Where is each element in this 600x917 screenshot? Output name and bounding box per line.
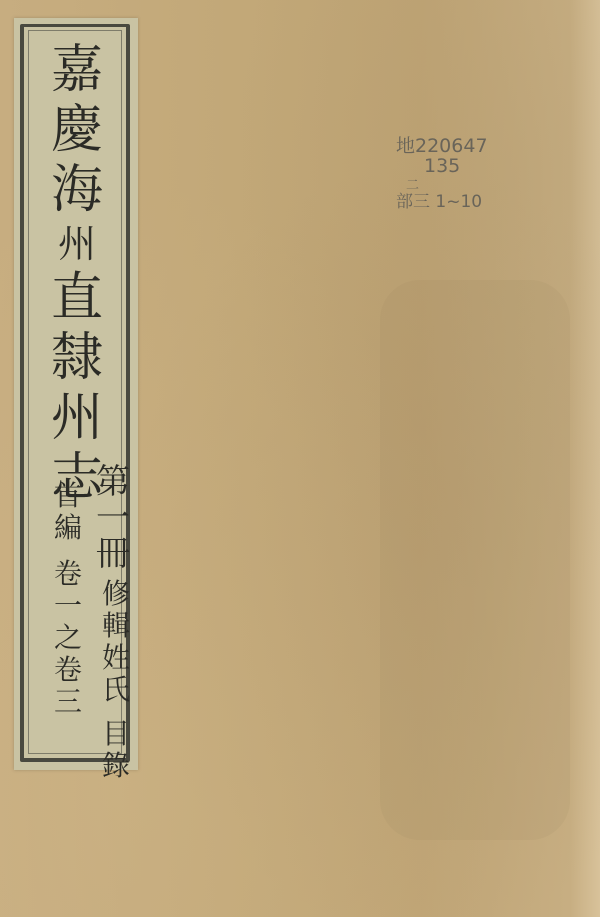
title-char: 州: [51, 388, 103, 448]
volume-char: 冊: [96, 536, 130, 572]
book-title: 嘉 慶 海 州 直 隸 州 志: [42, 40, 112, 508]
contents-char: 一: [54, 590, 82, 622]
contents-char: 之: [54, 622, 82, 654]
contents-char: 輯: [102, 610, 130, 642]
title-char: 慶: [51, 100, 103, 160]
call-number-line: 135: [396, 156, 488, 176]
contents-char: 目: [102, 718, 130, 750]
contents-char: 氏: [102, 674, 130, 706]
pencil-call-number: 地220647 135 二 部三 1~10: [396, 136, 488, 212]
contents-char: 編: [54, 512, 82, 544]
title-char: 海: [51, 160, 103, 220]
contents-char: 卷: [54, 654, 82, 686]
title-char: 州: [58, 220, 96, 268]
title-char: 直: [51, 268, 103, 328]
contents-right-column: 修 輯 姓 氏 目 錄: [94, 578, 138, 782]
title-char: 嘉: [51, 40, 103, 100]
volume-char: 一: [96, 500, 130, 536]
contents-char: 錄: [102, 750, 130, 782]
contents-char: 首: [54, 480, 82, 512]
title-char: 隸: [51, 328, 103, 388]
volume-char: 第: [96, 464, 130, 500]
volume-number: 第 一 冊: [88, 464, 138, 572]
call-number-line: 二: [396, 180, 488, 192]
contents-char: 卷: [54, 558, 82, 590]
contents-left-column: 首 編 卷 一 之 卷 三: [48, 480, 88, 718]
call-number-line: 地220647: [396, 136, 488, 156]
contents-char: 修: [102, 578, 130, 610]
call-number-line: 部三 1~10: [396, 192, 488, 212]
contents-char: 姓: [102, 642, 130, 674]
paper-fold-shade: [380, 280, 570, 840]
contents-char: 三: [54, 686, 82, 718]
title-label: 嘉 慶 海 州 直 隸 州 志 第 一 冊 首 編 卷 一 之 卷 三 修 輯 …: [14, 18, 138, 770]
